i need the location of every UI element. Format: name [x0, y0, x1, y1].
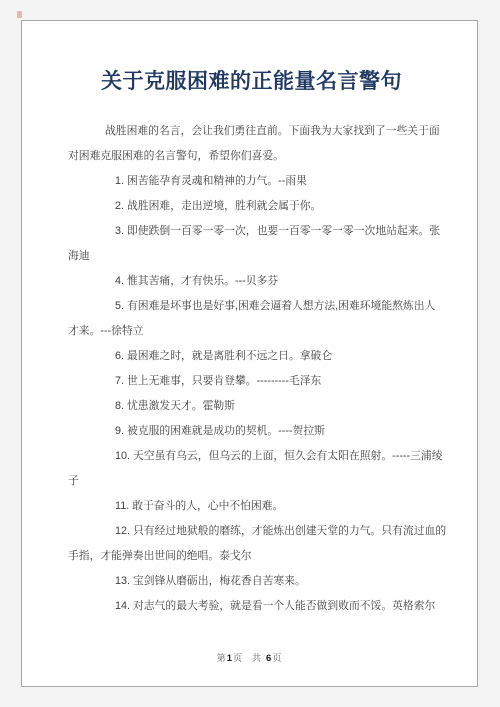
body-line: 12. 只有经过地狱般的磨练，才能炼出创建天堂的力气。只有流过血的 [68, 519, 435, 544]
page-title: 关于克服困难的正能量名言警句 [68, 67, 435, 97]
body-line: 7. 世上无难事，只要肯登攀。---------毛泽东 [68, 369, 435, 394]
body-line: 10. 天空虽有乌云，但乌云的上面，恒久会有太阳在照射。-----三浦绫 [68, 444, 435, 469]
document-body: 战胜困难的名言，会让我们勇往直前。下面我为大家找到了一些关于面对困难克服困难的名… [68, 119, 435, 619]
body-line: 9. 被克服的困难就是成功的契机。----贺拉斯 [68, 419, 435, 444]
body-line: 11. 敢于奋斗的人，心中不怕困难。 [68, 494, 435, 519]
body-line: 对困难克服困难的名言警句，希望你们喜爱。 [68, 144, 435, 169]
body-line: 13. 宝剑锋从磨砺出，梅花香自苦寒来。 [68, 569, 435, 594]
footer-page-char: 页 [272, 653, 282, 663]
body-line: 子 [68, 469, 435, 494]
footer-page-char: 页 [233, 653, 243, 663]
footer-prefix: 第 [217, 653, 227, 663]
body-line: 战胜困难的名言，会让我们勇往直前。下面我为大家找到了一些关于面 [68, 119, 435, 144]
body-line: 2. 战胜困难，走出逆境，胜利就会属于你。 [68, 194, 435, 219]
red-corner-marker [17, 11, 22, 18]
body-line: 1. 困苦能孕育灵魂和精神的力气。--雨果 [68, 169, 435, 194]
body-line: 才来。---徐特立 [68, 319, 435, 344]
body-line: 3. 即使跌倒一百零一零一次，也要一百零一零一零一次地站起来。张 [68, 219, 435, 244]
body-line: 14. 对志气的最大考验，就是看一个人能否做到败而不馁。英格索尔 [68, 594, 435, 619]
page-number-footer: 第1页共6页 [22, 651, 477, 664]
document-viewport: { "page": { "title": "关于克服困难的正能量名言警句", "… [0, 0, 500, 707]
body-line: 4. 惟其苦痛，才有快乐。---贝多芬 [68, 269, 435, 294]
body-line: 手指，才能弹奏出世间的绝唱。泰戈尔 [68, 544, 435, 569]
footer-total-label: 共 [252, 653, 262, 663]
body-line: 6. 最困难之时，就是离胜利不远之日。拿破仑 [68, 344, 435, 369]
document-page: 关于克服困难的正能量名言警句 战胜困难的名言，会让我们勇往直前。下面我为大家找到… [21, 20, 478, 687]
body-line: 5. 有困难是坏事也是好事,困难会逼着人想方法,困难环境能熬炼出人 [68, 294, 435, 319]
body-line: 海迪 [68, 244, 435, 269]
body-line: 8. 忧患激发天才。霍勒斯 [68, 394, 435, 419]
